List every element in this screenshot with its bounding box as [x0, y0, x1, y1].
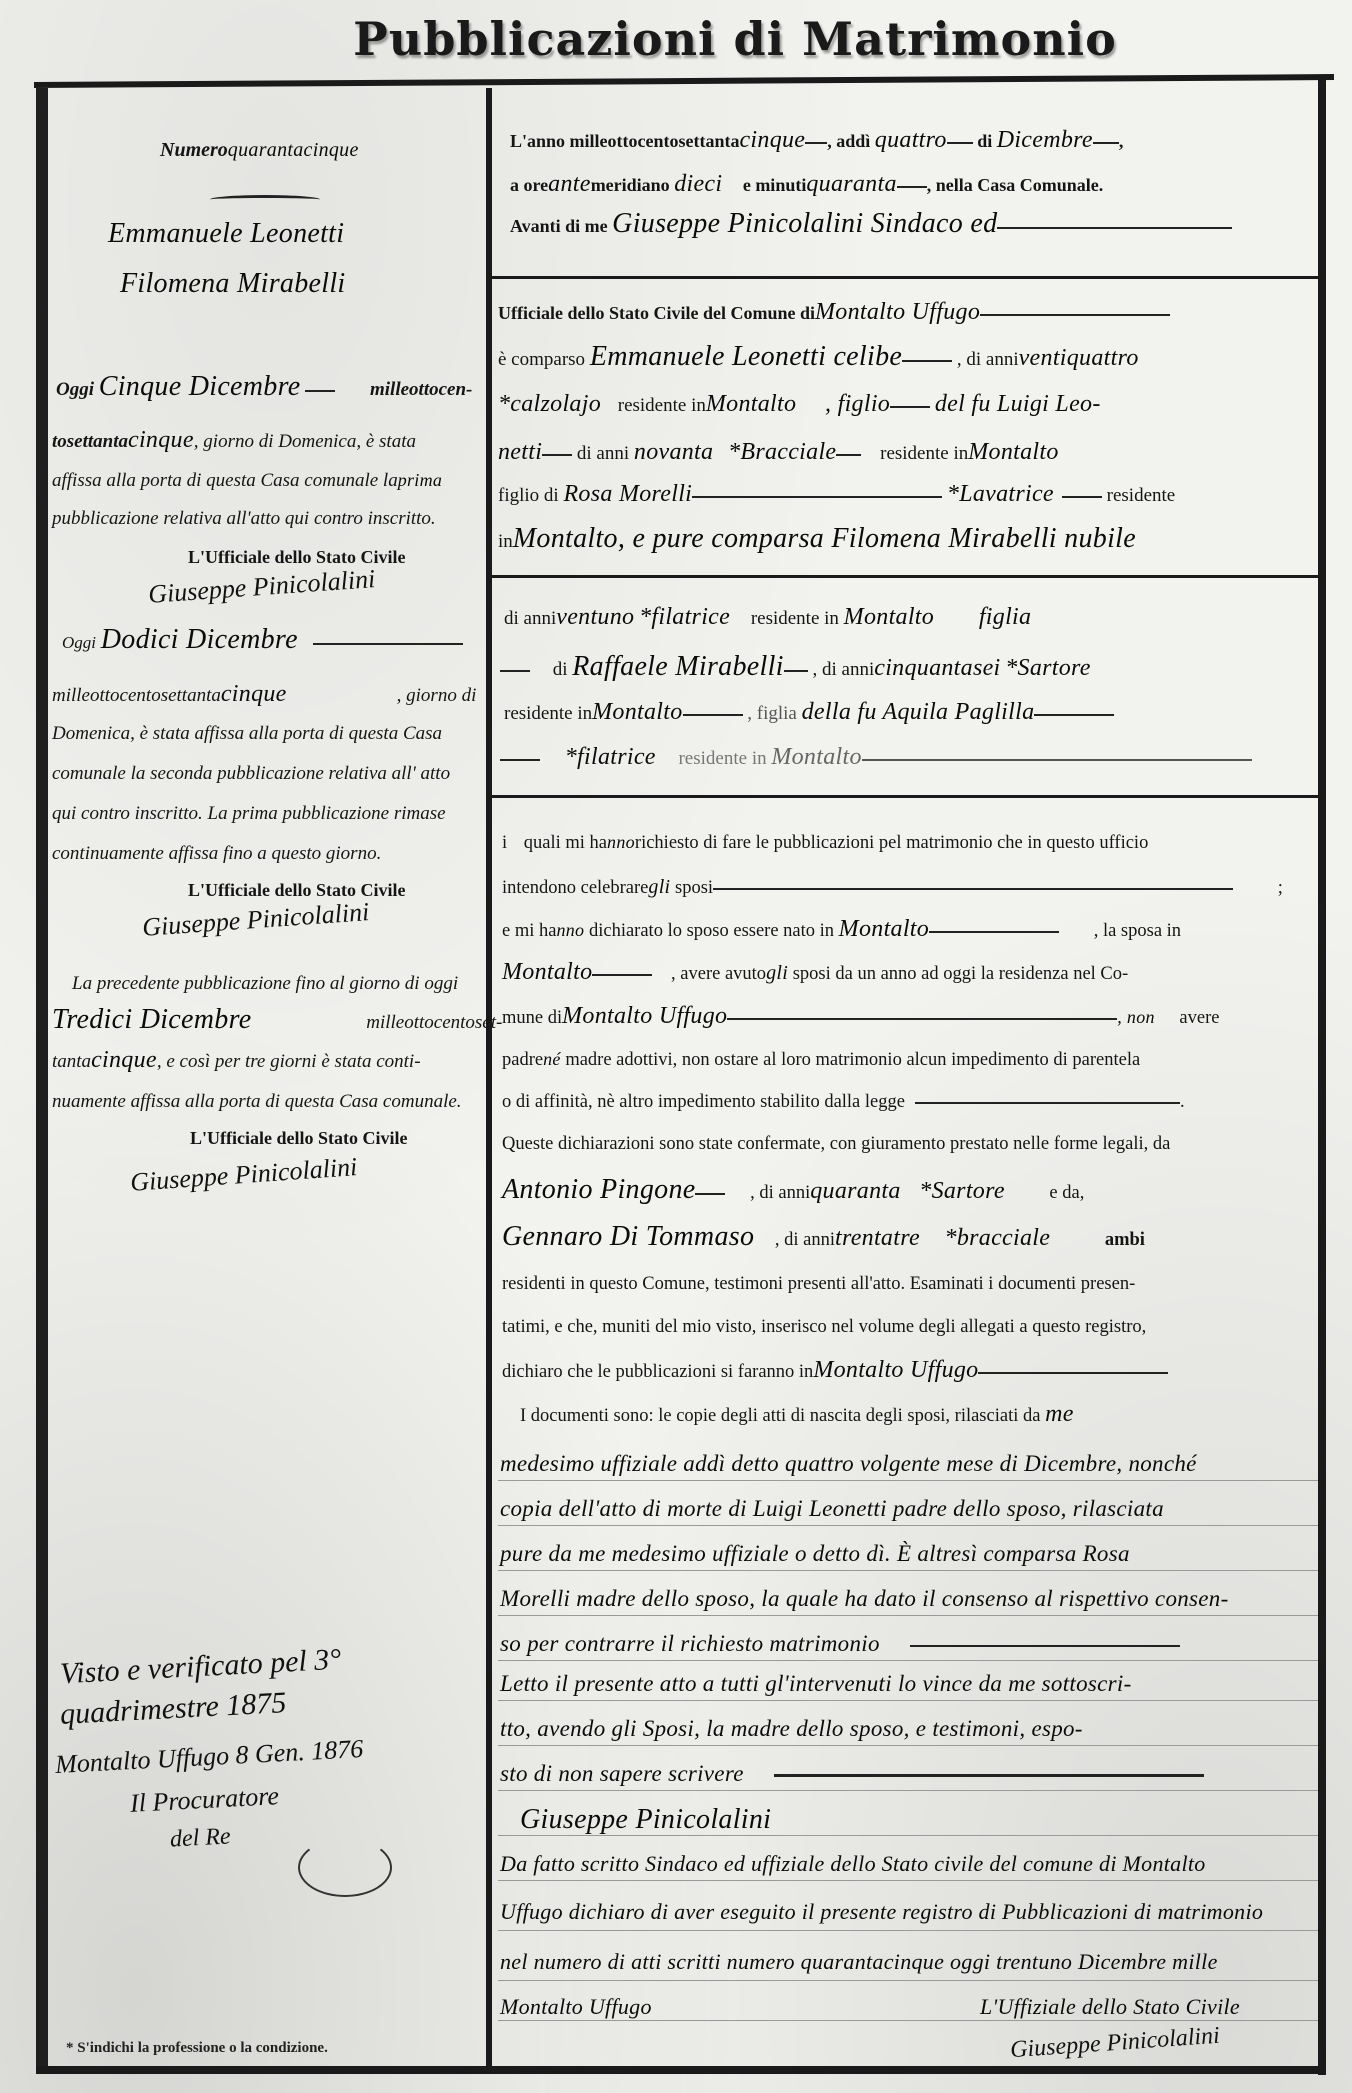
text-line: tosettanta: [52, 431, 128, 452]
negation-handwritten: né: [543, 1049, 561, 1069]
text-line: qui contro inscritto. La prima pubblicaz…: [52, 802, 446, 826]
witness-2-age: trentatre: [835, 1225, 920, 1251]
handwritten-line: tto, avendo gli Sposi, la madre dello sp…: [500, 1717, 1083, 1741]
bride-father-profession-handwritten: *Sartore: [1005, 655, 1091, 681]
text-line: , giorno di: [397, 685, 477, 706]
final-officer-label: L'Uffiziale dello Stato Civile: [980, 1995, 1240, 2019]
text-line: , figlio: [825, 391, 890, 417]
bride-father-handwritten: Raffaele Mirabelli: [572, 651, 783, 682]
text-line: milleottocen-: [370, 379, 472, 400]
mayor-name-handwritten: Giuseppe Pinicolalini Sindaco ed: [612, 208, 997, 239]
text-line: o di affinità, nè altro impedimento stab…: [502, 1092, 905, 1112]
text-line: , di anni: [813, 659, 875, 680]
text-line: figlia: [979, 604, 1031, 630]
text-line: , nella Casa Comunale.: [927, 175, 1104, 195]
left-border-bar: [36, 88, 48, 2073]
handwritten-text: so per contrarre il richiesto matrimonio: [500, 1631, 880, 1656]
minutes-handwritten: quaranta: [806, 171, 896, 197]
text-line: intendono celebrare: [502, 878, 648, 898]
bride-mother-handwritten: della fu Aquila Paglilla: [802, 699, 1035, 725]
text-line: richiesto di fare le pubblicazioni pel m…: [635, 833, 1148, 853]
text-line: tatimi, e che, muniti del mio visto, ins…: [502, 1315, 1146, 1339]
groom-name-handwritten: Emmanuele Leonetti celibe: [590, 341, 902, 372]
numero-value: quarantacinque: [228, 139, 359, 161]
handwritten-line: Da fatto scritto Sindaco ed uffiziale de…: [500, 1852, 1206, 1876]
text-line: Domenica, è stata affissa alla porta di …: [52, 722, 442, 746]
place-handwritten: Montalto Uffugo: [813, 1357, 978, 1383]
text-line: L'anno milleottocentosettanta: [510, 131, 739, 151]
oggi-label: Oggi: [56, 379, 94, 400]
handwritten-line: so per contrarre il richiesto matrimonio: [500, 1632, 1180, 1656]
witness-2-profession: *bracciale: [945, 1225, 1051, 1251]
handwritten-line: Letto il presente atto a tutti gl'interv…: [500, 1672, 1132, 1696]
text-line: comunale la seconda pubblicazione relati…: [52, 762, 450, 786]
date-handwritten: Dodici Dicembre: [101, 624, 298, 655]
text-line: , di anni: [957, 349, 1019, 370]
right-border-bar: [1318, 75, 1326, 2075]
text-line: residente in: [880, 443, 968, 464]
negation-handwritten: , non: [1117, 1007, 1155, 1027]
bottom-border-rule: [36, 2066, 1326, 2074]
issuer-handwritten: me: [1045, 1401, 1074, 1427]
date-handwritten: Tredici Dicembre: [52, 1004, 251, 1035]
hour-handwritten: dieci: [674, 171, 722, 197]
text-line: padre: [502, 1050, 543, 1070]
ordinal-handwritten: prima: [398, 470, 443, 490]
margin-note-line: del Re: [169, 1823, 231, 1853]
plural-handwritten: nno: [607, 832, 635, 852]
text-line: , addì: [827, 131, 870, 151]
place-handwritten: Montalto: [844, 604, 934, 630]
plural-handwritten: gli: [648, 876, 670, 898]
numero-label: Numero: [160, 139, 228, 161]
place-handwritten: Montalto: [502, 959, 592, 985]
text-line: , e così per tre giorni è stata conti-: [157, 1051, 421, 1072]
date-handwritten: Cinque Dicembre: [99, 371, 301, 402]
text-line: di: [977, 131, 992, 151]
handwritten-line: pure da me medesimo uffiziale o detto dì…: [500, 1542, 1130, 1566]
text-line: Queste dichiarazioni sono state conferma…: [502, 1132, 1170, 1156]
text-line: dichiarato lo sposo essere nato in: [589, 921, 834, 941]
father-name-handwritten: del fu Luigi Leo-: [935, 391, 1101, 417]
text-line: sposi: [675, 878, 713, 898]
text-line: mi ha: [565, 833, 607, 853]
text-line: e minuti: [743, 175, 807, 195]
mother-profession-handwritten: *Lavatrice: [947, 481, 1054, 507]
text-line: di anni: [504, 608, 556, 629]
witness-2-name: Gennaro Di Tommaso: [502, 1221, 754, 1252]
place-handwritten: Montalto: [771, 744, 861, 770]
comune-handwritten: Montalto Uffugo: [815, 299, 980, 325]
text-line: La precedente pubblicazione fino al gior…: [72, 972, 458, 996]
fill-rule: [305, 390, 335, 392]
handwritten-text: sto di non sapere scrivere: [500, 1761, 744, 1786]
text-line: ambi: [1105, 1230, 1145, 1250]
text-line: milleottocentosettanta: [52, 685, 221, 706]
footnote: * S'indichi la professione o la condizio…: [66, 2040, 328, 2057]
text-line: in: [498, 531, 513, 552]
day-handwritten: quattro: [875, 127, 947, 153]
bride-father-age-handwritten: cinquantasei: [874, 655, 1000, 681]
father-age-handwritten: novanta: [634, 439, 713, 465]
text-line: tanta: [52, 1051, 91, 1072]
text-line: residente: [1107, 485, 1176, 506]
text-line: , di anni: [775, 1230, 835, 1250]
officer-label: L'Ufficiale dello Stato Civile: [190, 1126, 407, 1150]
mother-name-handwritten: Rosa Morelli: [563, 481, 692, 507]
text-line: dichiaro che le pubblicazioni si faranno…: [502, 1362, 813, 1382]
text-line: i: [502, 833, 507, 853]
handwritten-line: sto di non sapere scrivere: [500, 1762, 1204, 1786]
text-line: e mi ha: [502, 921, 556, 941]
text-line: continuamente affissa fino a questo gior…: [52, 842, 381, 866]
numero-row: Numeroquarantacinque: [160, 138, 359, 162]
witness-1-profession: *Sartore: [919, 1178, 1005, 1204]
section-separator: [492, 575, 1318, 578]
text-line: pubblicazione relativa all'atto qui cont…: [52, 507, 436, 531]
flourish-divider: [210, 195, 320, 204]
stamp-mark: [298, 1838, 392, 1897]
text-line: Ufficiale dello Stato Civile del Comune …: [498, 303, 815, 323]
text-line: , giorno di Domenica, è stata: [194, 431, 416, 452]
text-line: mune di: [502, 1008, 562, 1028]
bride-profession-handwritten: *filatrice: [639, 604, 730, 630]
place-handwritten: Montalto: [706, 391, 796, 417]
oggi-label: Oggi: [62, 633, 96, 652]
witness-2-row: Gennaro Di Tommaso , di annitrentatre *b…: [502, 1225, 1145, 1252]
text-line: quali: [524, 833, 561, 853]
section-separator: [492, 795, 1318, 798]
witness-1-row: Antonio Pingone , di anniquaranta *Sarto…: [502, 1178, 1084, 1205]
handwritten-line: Montalto Uffugo: [500, 1995, 652, 2019]
text-line: residente in: [678, 748, 766, 769]
officer-label: L'Ufficiale dello Stato Civile: [188, 878, 405, 902]
groom-name: Emmanuele Leonetti: [108, 222, 344, 246]
plural-handwritten: gli: [766, 962, 788, 984]
text-line: , avere avuto: [671, 964, 766, 984]
text-line: di: [553, 659, 568, 680]
witness-1-age: quaranta: [810, 1178, 900, 1204]
text-line: meridiano: [591, 175, 670, 195]
text-line: I documenti sono: le copie degli atti di…: [520, 1406, 1040, 1426]
text-line: Avanti di me: [510, 216, 608, 236]
text-line: affissa alla porta di questa Casa comuna…: [52, 470, 398, 491]
father-name-handwritten: netti: [498, 439, 542, 465]
year-handwritten: cinque: [221, 681, 287, 707]
text-line: milleottocentoset-: [366, 1012, 502, 1033]
section-separator: [492, 276, 1318, 279]
bride-name: Filomena Mirabelli: [120, 272, 345, 296]
handwritten-line: Uffugo dichiaro di aver eseguito il pres…: [500, 1900, 1263, 1924]
ante-handwritten: ante: [548, 171, 591, 197]
text-line: avere: [1179, 1008, 1219, 1028]
place-handwritten: Montalto: [592, 699, 682, 725]
groom-profession-handwritten: *calzolajo: [498, 391, 601, 417]
text-line: , figlia: [747, 703, 797, 724]
year-handwritten: cinque: [739, 127, 805, 153]
text-line: di anni: [577, 443, 629, 464]
document-title: Pubblicazioni di Matrimonio: [320, 12, 1150, 66]
text-line: , la sposa in: [1094, 921, 1181, 941]
text-line: e da,: [1049, 1183, 1084, 1203]
column-divider: [486, 88, 492, 2073]
month-handwritten: Dicembre: [997, 127, 1093, 153]
text-line: residente in: [618, 395, 706, 416]
year-handwritten: cinque: [91, 1047, 157, 1073]
place-handwritten: Montalto: [968, 439, 1058, 465]
groom-age-handwritten: ventiquattro: [1019, 345, 1139, 371]
handwritten-line: nel numero di atti scritti numero quaran…: [500, 1950, 1218, 1974]
witness-1-name: Antonio Pingone: [502, 1174, 695, 1205]
bride-age-handwritten: ventuno: [556, 604, 634, 630]
handwritten-line: copia dell'atto di morte di Luigi Leonet…: [500, 1497, 1164, 1521]
text-line: residente in: [504, 703, 592, 724]
text-line: ;: [1278, 878, 1283, 898]
father-profession-handwritten: *Bracciale: [728, 439, 836, 465]
place-handwritten: Montalto: [839, 916, 929, 942]
text-line: residente in: [751, 608, 839, 629]
handwritten-signature: Giuseppe Pinicolalini: [520, 1808, 771, 1832]
year-handwritten: cinque: [128, 427, 194, 453]
text-line: è comparso: [498, 349, 585, 370]
place-handwritten: Montalto Uffugo: [562, 1003, 727, 1029]
handwritten-line: medesimo uffiziale addì detto quattro vo…: [500, 1452, 1197, 1476]
text-line: figlio di: [498, 485, 559, 506]
plural-handwritten: nno: [556, 920, 584, 940]
text-line: sposi da un anno ad oggi la residenza ne…: [793, 964, 1128, 984]
text-line: residenti in questo Comune, testimoni pr…: [502, 1272, 1135, 1296]
text-line: a ore: [510, 175, 548, 195]
bride-intro-handwritten: Montalto, e pure comparsa Filomena Mirab…: [513, 523, 1136, 554]
text-line: , di anni: [750, 1183, 810, 1203]
handwritten-line: Morelli madre dello sposo, la quale ha d…: [500, 1587, 1229, 1611]
bride-mother-profession-handwritten: *filatrice: [565, 744, 656, 770]
text-line: madre adottivi, non ostare al loro matri…: [565, 1050, 1140, 1070]
text-line: nuamente affissa alla porta di questa Ca…: [52, 1090, 462, 1114]
fill-rule: [313, 643, 463, 645]
